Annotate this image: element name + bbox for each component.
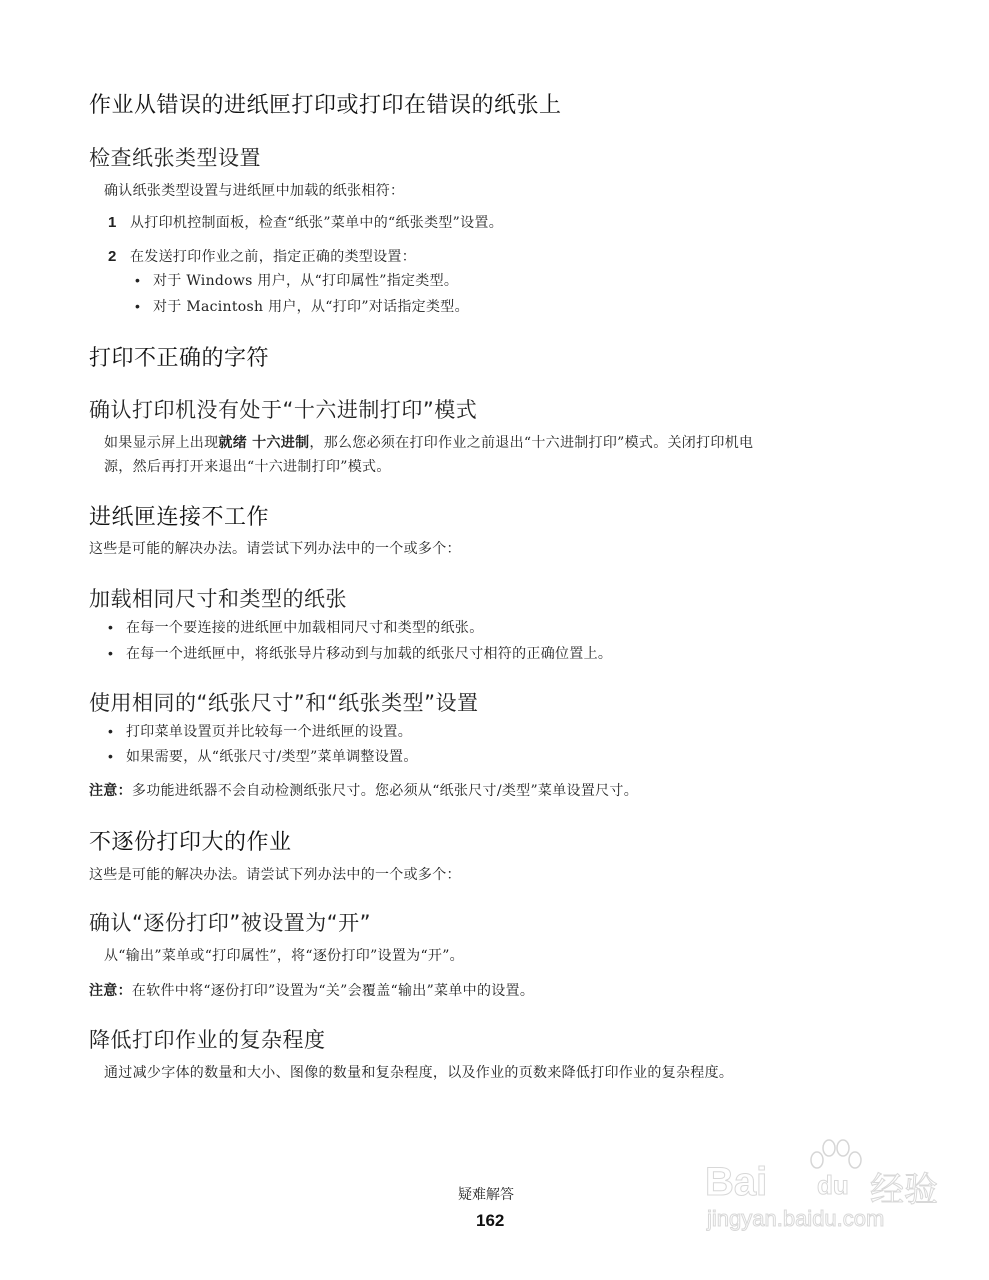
subsection-title: 确认“逐份打印”被设置为“开”: [89, 907, 371, 937]
note-text: 多功能进纸器不会自动检测纸张尺寸。您必须从“纸张尺寸/类型”菜单设置尺寸。: [132, 783, 638, 799]
list-item: •对于 Macintosh 用户，从“打印”对话指定类型。: [135, 296, 469, 316]
bullet-icon: •: [135, 272, 153, 288]
numbered-step: 2在发送打印作业之前，指定正确的类型设置：: [108, 246, 416, 266]
paragraph: 这些是可能的解决办法。请尝试下列办法中的一个或多个：: [89, 864, 461, 884]
subsection-title: 检查纸张类型设置: [89, 142, 261, 172]
bullet-icon: •: [108, 723, 126, 739]
section-title: 打印不正确的字符: [89, 341, 269, 372]
baidu-watermark: Bai du 经验 jingyan.baidu.com: [705, 1138, 965, 1228]
subsection-title: 降低打印作业的复杂程度: [89, 1024, 326, 1054]
step-text: 在发送打印作业之前，指定正确的类型设置：: [130, 249, 416, 265]
paragraph: 如果显示屏上出现就绪 十六进制，那么您必须在打印作业之前退出“十六进制打印”模式…: [104, 432, 753, 452]
list-item-text: 对于 Macintosh 用户，从“打印”对话指定类型。: [153, 299, 469, 315]
paragraph-text: ，那么您必须在打印作业之前退出“十六进制打印”模式。关闭打印机电: [309, 435, 753, 451]
subsection-title: 加载相同尺寸和类型的纸张: [89, 583, 347, 613]
paragraph-text: 如果显示屏上出现: [104, 435, 218, 451]
subsection-title: 确认打印机没有处于“十六进制打印”模式: [89, 394, 477, 424]
section-title: 不逐份打印大的作业: [89, 825, 292, 856]
document-page: 作业从错误的进纸匣打印或打印在错误的纸张上 检查纸张类型设置 确认纸张类型设置与…: [0, 0, 989, 1280]
list-item: •对于 Windows 用户，从“打印属性”指定类型。: [135, 270, 458, 290]
list-item: •打印菜单设置页并比较每一个进纸匣的设置。: [108, 721, 412, 741]
list-item-text: 打印菜单设置页并比较每一个进纸匣的设置。: [126, 724, 412, 740]
step-number: 2: [108, 248, 130, 265]
footer-chapter-label: 疑难解答: [458, 1184, 514, 1204]
list-item: •在每一个进纸匣中，将纸张导片移动到与加载的纸张尺寸相符的正确位置上。: [108, 643, 612, 663]
list-item: •如果需要，从“纸张尺寸/类型”菜单调整设置。: [108, 746, 418, 766]
list-item-text: 如果需要，从“纸张尺寸/类型”菜单调整设置。: [126, 749, 418, 765]
section-title: 作业从错误的进纸匣打印或打印在错误的纸张上: [89, 88, 562, 119]
list-item: •在每一个要连接的进纸匣中加载相同尺寸和类型的纸张。: [108, 617, 484, 637]
paragraph: 确认纸张类型设置与进纸匣中加载的纸张相符：: [104, 180, 404, 200]
note-label: 注意：: [89, 983, 132, 999]
list-item-text: 对于 Windows 用户，从“打印属性”指定类型。: [153, 273, 458, 289]
note: 注意：多功能进纸器不会自动检测纸张尺寸。您必须从“纸张尺寸/类型”菜单设置尺寸。: [89, 780, 638, 800]
page-number: 162: [476, 1211, 504, 1231]
paragraph: 这些是可能的解决办法。请尝试下列办法中的一个或多个：: [89, 538, 461, 558]
list-item-text: 在每一个要连接的进纸匣中加载相同尺寸和类型的纸张。: [126, 620, 484, 636]
paragraph: 通过减少字体的数量和大小、图像的数量和复杂程度，以及作业的页数来降低打印作业的复…: [104, 1062, 733, 1082]
paragraph: 从“输出”菜单或“打印属性”，将“逐份打印”设置为“开”。: [104, 945, 464, 965]
watermark-url: jingyan.baidu.com: [707, 1206, 884, 1232]
display-message: 就绪 十六进制: [218, 435, 309, 451]
bullet-icon: •: [108, 619, 126, 635]
subsection-title: 使用相同的“纸张尺寸”和“纸张类型”设置: [89, 687, 479, 717]
section-title: 进纸匣连接不工作: [89, 500, 269, 531]
step-text: 从打印机控制面板，检查“纸张”菜单中的“纸张类型”设置。: [130, 215, 503, 231]
watermark-brand: Bai: [705, 1160, 767, 1205]
bullet-icon: •: [108, 748, 126, 764]
watermark-brand-cn: 经验: [870, 1162, 938, 1211]
list-item-text: 在每一个进纸匣中，将纸张导片移动到与加载的纸张尺寸相符的正确位置上。: [126, 646, 612, 662]
bullet-icon: •: [135, 298, 153, 314]
watermark-brand-du: du: [817, 1170, 849, 1201]
paragraph: 源，然后再打开来退出“十六进制打印”模式。: [104, 456, 391, 476]
numbered-step: 1从打印机控制面板，检查“纸张”菜单中的“纸张类型”设置。: [108, 212, 503, 232]
note-label: 注意：: [89, 783, 132, 799]
bullet-icon: •: [108, 645, 126, 661]
note: 注意：在软件中将“逐份打印”设置为“关”会覆盖“输出”菜单中的设置。: [89, 980, 534, 1000]
step-number: 1: [108, 214, 130, 231]
note-text: 在软件中将“逐份打印”设置为“关”会覆盖“输出”菜单中的设置。: [132, 983, 534, 999]
